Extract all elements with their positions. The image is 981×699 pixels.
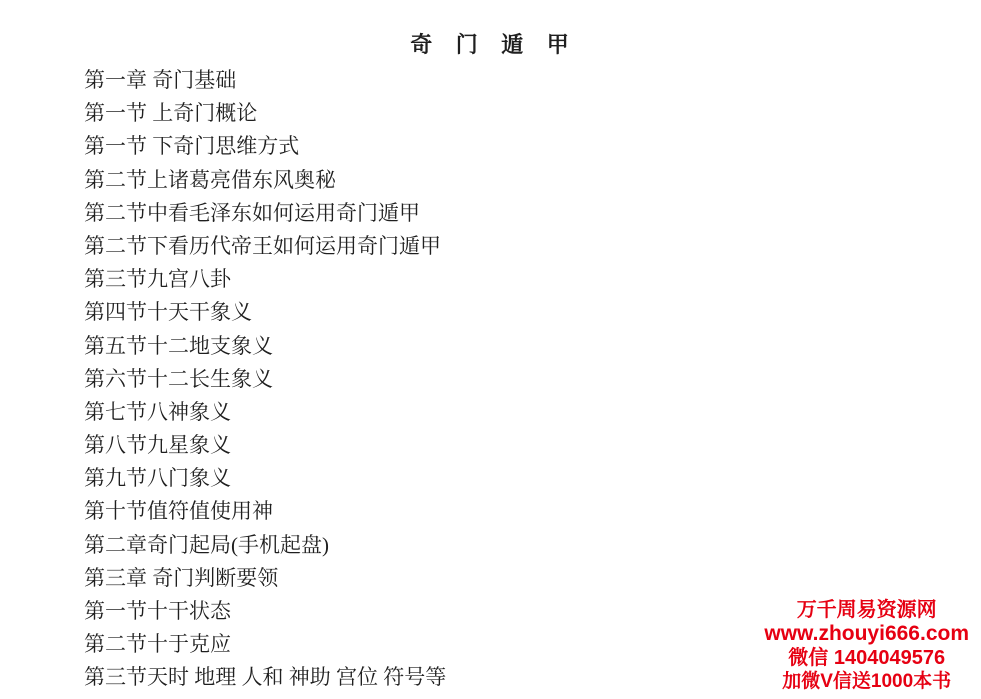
toc-entry: 第四节十天干象义 xyxy=(84,296,951,329)
page-title: 奇 门 遁 甲 xyxy=(0,28,981,59)
toc-entry: 第一节 上奇门概论 xyxy=(84,97,951,130)
toc-entry: 第二节下看历代帝王如何运用奇门遁甲 xyxy=(84,230,951,263)
toc-entry: 第二章奇门起局(手机起盘) xyxy=(84,529,951,562)
toc-entry: 第三节九宫八卦 xyxy=(84,263,951,296)
watermark-wechat-id: 微信 1404049576 xyxy=(764,646,969,670)
toc-entry: 第三章 奇门判断要领 xyxy=(84,562,951,595)
toc-entry: 第二节中看毛泽东如何运用奇门遁甲 xyxy=(84,197,951,230)
toc-entry: 第六节十二长生象义 xyxy=(84,363,951,396)
document-page: 奇 门 遁 甲 第一章 奇门基础 第一节 上奇门概论 第一节 下奇门思维方式 第… xyxy=(0,0,981,699)
toc-entry: 第五节十二地支象义 xyxy=(84,330,951,363)
watermark-promo: 加微V信送1000本书 xyxy=(764,670,969,694)
watermark-site-url: www.zhouyi666.com xyxy=(764,622,969,646)
watermark: 万千周易资源网 www.zhouyi666.com 微信 1404049576 … xyxy=(764,598,969,694)
watermark-site-name: 万千周易资源网 xyxy=(764,598,969,622)
toc-entry: 第二节上诸葛亮借东风奥秘 xyxy=(84,164,951,197)
toc-entry: 第十节值符值使用神 xyxy=(84,495,951,528)
toc-entry: 第七节八神象义 xyxy=(84,396,951,429)
toc-entry: 第一节 下奇门思维方式 xyxy=(84,130,951,163)
toc-entry: 第九节八门象义 xyxy=(84,462,951,495)
toc-entry: 第八节九星象义 xyxy=(84,429,951,462)
toc-entry: 第一章 奇门基础 xyxy=(84,64,951,97)
